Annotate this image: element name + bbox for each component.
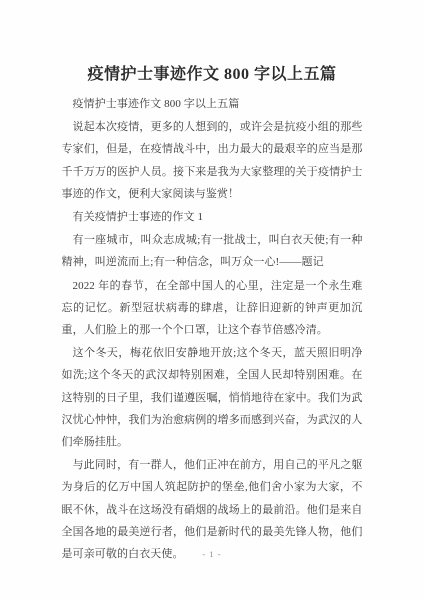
body-paragraph-winter: 这个冬天，梅花依旧安静地开放;这个冬天，蓝天照旧明净如洗;这个冬天的武汉却特别困…: [62, 342, 363, 453]
intro-paragraph: 说起本次疫情，更多的人想到的，或许会是抗疫小组的那些专家们，但是，在疫情战斗中，…: [62, 116, 363, 205]
page-number: - 1 -: [0, 549, 424, 559]
document-title: 疫情护士事迹作文 800 字以上五篇: [0, 0, 424, 86]
document-page: 疫情护士事迹作文 800 字以上五篇 疫情护士事迹作文 800 字以上五篇 说起…: [0, 0, 424, 600]
document-subtitle: 疫情护士事迹作文 800 字以上五篇: [62, 93, 363, 115]
body-paragraph-spring-festival: 2022 年的春节，在全部中国人的心里，注定是一个永生难忘的记忆。新型冠状病毒的…: [62, 275, 363, 342]
document-body: 疫情护士事迹作文 800 字以上五篇 说起本次疫情，更多的人想到的，或许会是抗疫…: [62, 93, 363, 565]
section-heading-essay-1: 有关疫情护士事迹的作文 1: [62, 206, 363, 228]
epigraph-paragraph: 有一座城市，叫众志成城;有一批战士，叫白衣天使;有一种精神，叫逆流而上;有一种信…: [62, 229, 363, 273]
